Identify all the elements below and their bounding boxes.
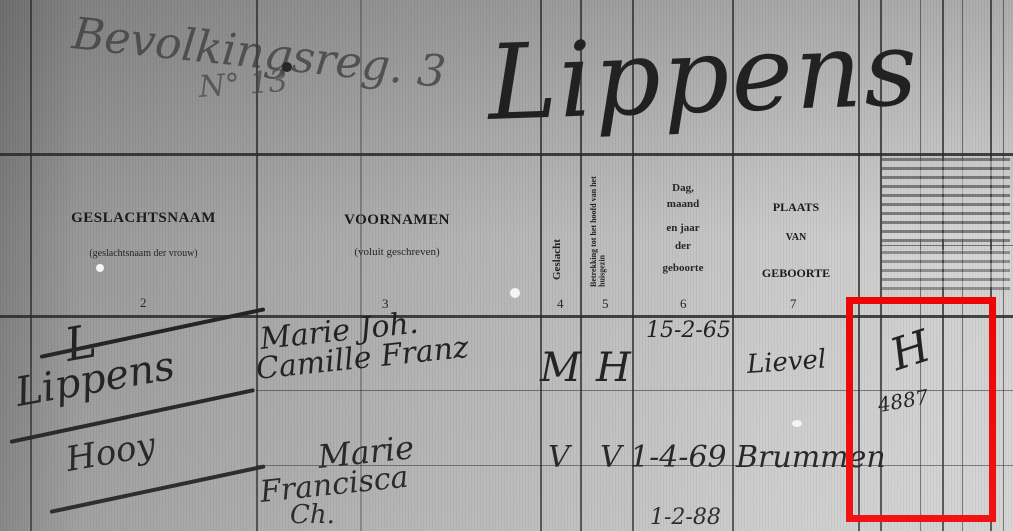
row3-birth-date: 1-2-88 [650, 505, 721, 530]
column-header-surname: GESLACHTSNAAM [36, 210, 251, 227]
scanned-register-page: Bevolkingsreg. 3 N° 13 Lippens GESLACHTS… [0, 0, 1013, 531]
row2-surname: Hooy [63, 425, 158, 480]
column-number: 2 [140, 295, 147, 311]
row2-sex: V [548, 440, 570, 475]
column-header-birthplace-line: PLAATS [736, 200, 856, 215]
row1-birth-date: 15-2-65 [646, 318, 731, 343]
ink-blot [282, 62, 292, 72]
column-header-civil-status-block [882, 158, 1010, 242]
row2-birth-date: 1-4-69 [630, 440, 727, 475]
column-header-sex: Geslacht [552, 200, 564, 280]
rule-vertical [30, 0, 32, 531]
highlight-box [846, 297, 996, 522]
column-header-birthdate-line: geboorte [636, 262, 730, 274]
column-number: 4 [557, 296, 564, 312]
row2-relation: V [600, 440, 622, 475]
rule-horizontal [0, 153, 1013, 156]
column-header-birthplace-line: VAN [736, 232, 856, 243]
row1-birth-place: Lievel [746, 345, 827, 380]
column-number: 7 [790, 296, 797, 312]
scan-artifact [510, 288, 520, 298]
row1-relation: H [596, 345, 631, 391]
row1-sex: M [540, 345, 581, 391]
column-header-civil-status-subblock [882, 250, 1010, 290]
column-header-birthplace-line: GEBOORTE [736, 266, 856, 281]
column-number: 6 [680, 296, 687, 312]
register-reference-line2: N° 13 [198, 64, 289, 105]
column-header-birthdate-line: Dag, [636, 182, 730, 194]
column-header-birthdate-line: der [636, 240, 730, 252]
column-number: 5 [602, 296, 609, 312]
column-header-given-names: VOORNAMEN [262, 212, 532, 229]
column-subheader-surname: (geslachtsnaam der vrouw) [36, 248, 251, 259]
column-header-birthdate-line: maand [636, 198, 730, 210]
row3-given-names: Ch. [290, 500, 335, 530]
column-subheader-given-names: (voluit geschreven) [262, 246, 532, 258]
scan-artifact [792, 420, 802, 427]
column-header-birthdate-line: en jaar [636, 222, 730, 234]
scan-artifact [96, 264, 104, 272]
column-header-relation: Betrekking tot het hoofd van het huisgez… [590, 172, 626, 287]
family-name-heading: Lippens [486, 7, 921, 144]
rule-horizontal [880, 245, 1013, 246]
